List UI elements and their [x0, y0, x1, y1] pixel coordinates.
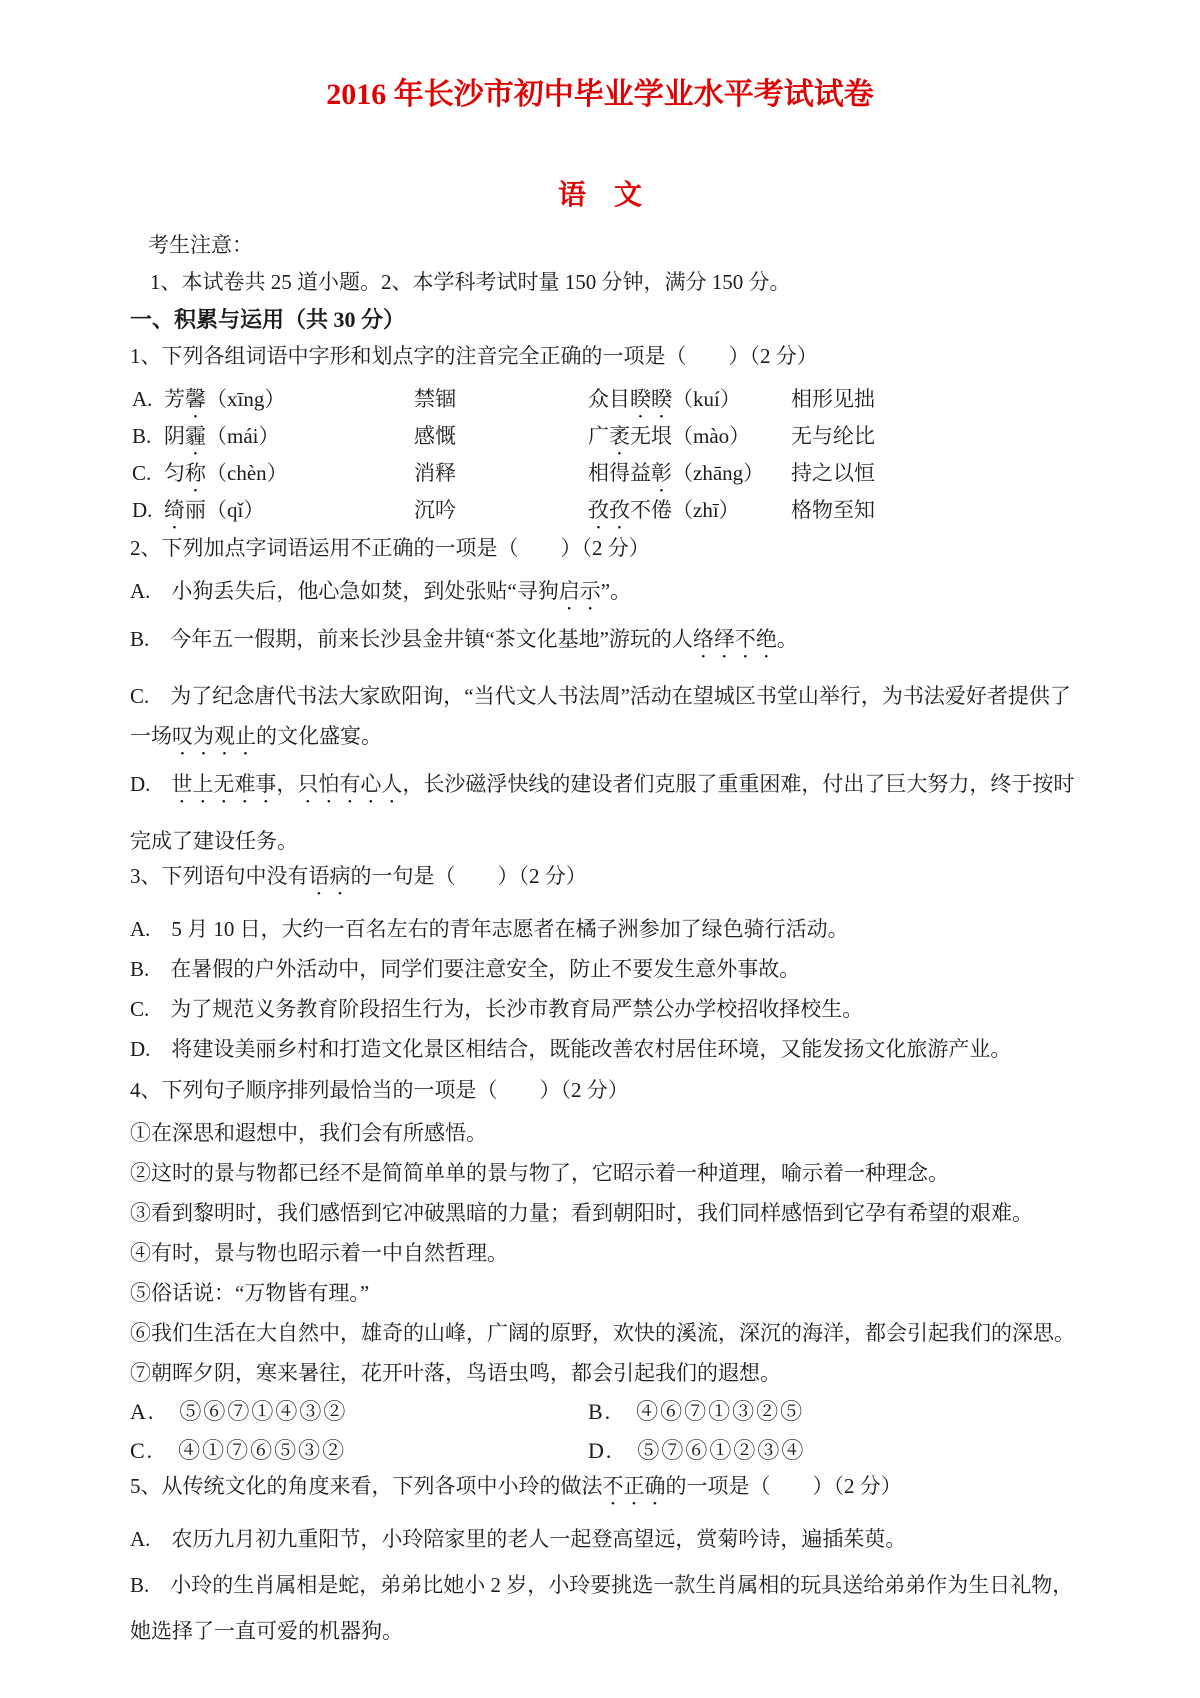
q1-c-word-3: 相得益彰（zhāng）	[588, 455, 764, 497]
q1-c-word-4: 持之以恒	[791, 455, 875, 492]
q1-option-row-a: A. 芳馨（xīng） 禁锢 众目睽睽（kuí） 相形见拙	[130, 381, 1070, 418]
q1-d-word-3: 孜孜不倦（zhī）	[588, 492, 740, 534]
q1-b-word-2: 感慨	[414, 418, 456, 455]
exam-title: 2016 年长沙市初中毕业学业水平考试试卷	[130, 0, 1070, 114]
subject-title: 语 文	[130, 178, 1070, 214]
q3-option-b: B. 在暑假的户外活动中，同学们要注意安全，防止不要发生意外事故。	[130, 953, 1070, 985]
q1-option-label-b: B.	[132, 418, 151, 455]
q4-sentence-6: ⑥我们生活在大自然中，雄奇的山峰，广阔的原野，欢快的溪流，深沉的海洋，都会引起我…	[130, 1317, 1070, 1349]
q1-option-row-c: C. 匀称（chèn） 消释 相得益彰（zhāng） 持之以恒	[130, 455, 1070, 492]
q4-sentence-7: ⑦朝晖夕阴，寒来暑往，花开叶落，鸟语虫鸣，都会引起我们的遐想。	[130, 1357, 1070, 1389]
q5-stem: 5、从传统文化的角度来看，下列各项中小玲的做法不正确的一项是（ ）（2 分）	[130, 1467, 1070, 1510]
q5-option-b-line-1: B. 小玲的生肖属相是蛇，弟弟比她小 2 岁，小玲要挑选一款生肖属相的玩具送给弟…	[130, 1569, 1070, 1601]
q1-b-word-4: 无与纶比	[791, 418, 875, 455]
q4-option-c: C. ④①⑦⑥⑤③②	[130, 1438, 346, 1463]
q3-option-d: D. 将建设美丽乡村和打造文化景区相结合，既能改善农村居住环境，又能发扬文化旅游…	[130, 1033, 1070, 1065]
q4-sentence-5: ⑤俗话说：“万物皆有理。”	[130, 1277, 1070, 1309]
q2-stem: 2、下列加点字词语运用不正确的一项是（ ）（2 分）	[130, 529, 1070, 567]
q1-option-label-d: D.	[132, 492, 152, 529]
q4-option-b: B. ④⑥⑦①③②⑤	[588, 1396, 804, 1428]
notice-text: 1、本试卷共 25 道小题。2、本学科考试时量 150 分钟，满分 150 分。	[130, 265, 1070, 299]
q3-option-a: A. 5 月 10 日，大约一百名左右的青年志愿者在橘子洲参加了绿色骑行活动。	[130, 913, 1070, 945]
q4-option-a: A. ⑤⑥⑦①④③②	[130, 1399, 347, 1424]
q1-c-word-2: 消释	[414, 455, 456, 492]
q4-option-row-2: C. ④①⑦⑥⑤③② D. ⑤⑦⑥①②③④	[130, 1435, 1070, 1467]
q4-option-d: D. ⑤⑦⑥①②③④	[588, 1435, 805, 1467]
q1-d-word-1: 绮丽（qǐ）	[164, 492, 264, 534]
q2-option-d-line-2: 完成了建设任务。	[130, 825, 1070, 857]
q2-option-b: B. 今年五一假期，前来长沙县金井镇“茶文化基地”游玩的人络绎不绝。	[130, 623, 1070, 663]
q2-option-c-line-1: C. 为了纪念唐代书法大家欧阳询，“当代文人书法周”活动在望城区书堂山举行，为书…	[130, 680, 1070, 712]
q4-sentence-4: ④有时，景与物也昭示着一中自然哲理。	[130, 1237, 1070, 1269]
q2-option-c-line-2: 一场叹为观止的文化盛宴。	[130, 720, 1070, 760]
notice-label: 考生注意：	[130, 230, 1070, 260]
q4-stem: 4、下列句子顺序排列最恰当的一项是（ ）（2 分）	[130, 1071, 1070, 1109]
q1-option-row-b: B. 阴霾（mái） 感慨 广袤无垠（mào） 无与纶比	[130, 418, 1070, 455]
q2-option-a: A. 小狗丢失后，他心急如焚，到处张贴“寻狗启示”。	[130, 575, 1070, 615]
q4-option-row-1: A. ⑤⑥⑦①④③② B. ④⑥⑦①③②⑤	[130, 1396, 1070, 1428]
q4-sentence-2: ②这时的景与物都已经不是简简单单的景与物了，它昭示着一种道理，喻示着一种理念。	[130, 1157, 1070, 1189]
q2-option-d-line-1: D. 世上无难事，只怕有心人，长沙磁浮快线的建设者们克服了重重困难，付出了巨大努…	[130, 768, 1070, 808]
exam-content: 2016 年长沙市初中毕业学业水平考试试卷 语 文 考生注意： 1、本试卷共 2…	[0, 0, 1200, 1647]
q5-option-b-line-2: 她选择了一直可爱的机器狗。	[130, 1615, 1070, 1647]
q3-stem: 3、下列语句中没有语病的一句是（ ）（2 分）	[130, 857, 1070, 900]
section-1-heading: 一、积累与运用（共 30 分）	[130, 303, 1070, 337]
q1-option-label-c: C.	[132, 455, 151, 492]
q1-option-label-a: A.	[132, 381, 152, 418]
q5-option-a: A. 农历九月初九重阳节，小玲陪家里的老人一起登高望远，赏菊吟诗，遍插茱萸。	[130, 1523, 1070, 1555]
q4-sentence-1: ①在深思和遐想中，我们会有所感悟。	[130, 1117, 1070, 1149]
q1-b-word-1: 阴霾（mái）	[164, 418, 280, 460]
q1-d-word-4: 格物至知	[791, 492, 875, 529]
q1-b-word-3: 广袤无垠（mào）	[588, 418, 750, 460]
q1-stem: 1、下列各组词语中字形和划点字的注音完全正确的一项是（ ）（2 分）	[130, 337, 1070, 375]
q4-sentence-3: ③看到黎明时，我们感悟到它冲破黑暗的力量；看到朝阳时，我们同样感悟到它孕有希望的…	[130, 1197, 1070, 1229]
q3-option-c: C. 为了规范义务教育阶段招生行为，长沙市教育局严禁公办学校招收择校生。	[130, 993, 1070, 1025]
q1-c-word-1: 匀称（chèn）	[164, 455, 288, 497]
q1-d-word-2: 沉吟	[414, 492, 456, 529]
q1-option-row-d: D. 绮丽（qǐ） 沉吟 孜孜不倦（zhī） 格物至知	[130, 492, 1070, 529]
q1-a-word-4: 相形见拙	[791, 381, 875, 418]
q1-a-word-2: 禁锢	[414, 381, 456, 418]
q1-a-word-3: 众目睽睽（kuí）	[588, 381, 741, 423]
q1-a-word-1: 芳馨（xīng）	[164, 381, 285, 423]
exam-paper-page: 2016 年长沙市初中毕业学业水平考试试卷 语 文 考生注意： 1、本试卷共 2…	[0, 0, 1200, 1698]
